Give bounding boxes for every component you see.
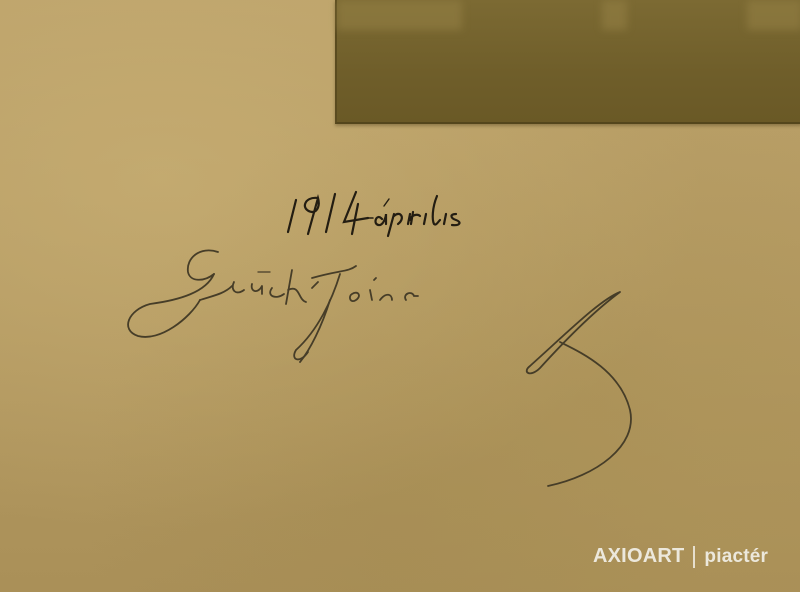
watermark-separator xyxy=(693,546,695,568)
watermark-brand: AXIOART xyxy=(593,545,684,568)
watermark: AXIOART piactér xyxy=(593,545,768,568)
pencil-signature xyxy=(128,250,631,486)
date-inscription xyxy=(288,192,459,236)
handwriting xyxy=(0,0,800,592)
watermark-sub: piactér xyxy=(704,546,768,568)
